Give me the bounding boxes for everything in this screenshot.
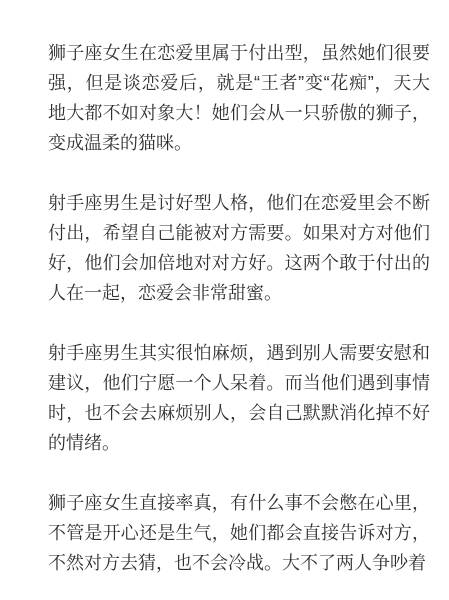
paragraph-leo-giving-type: 狮子座女生在恋爱里属于付出型，虽然她们很要强，但是谈恋爱后，就是“王者”变“花痴…	[48, 38, 430, 158]
paragraph-sagittarius-avoids-trouble: 射手座男生其实很怕麻烦，遇到别人需要安慰和建议，他们宁愿一个人呆着。而当他们遇到…	[48, 338, 430, 458]
paragraph-leo-straightforward: 狮子座女生直接率真，有什么事不会憋在心里，不管是开心还是生气，她们都会直接告诉对…	[48, 488, 430, 578]
article-body: 狮子座女生在恋爱里属于付出型，虽然她们很要强，但是谈恋爱后，就是“王者”变“花痴…	[0, 0, 449, 600]
paragraph-sagittarius-pleaser: 射手座男生是讨好型人格，他们在恋爱里会不断付出，希望自己能被对方需要。如果对方对…	[48, 188, 430, 308]
article-page: 狮子座女生在恋爱里属于付出型，虽然她们很要强，但是谈恋爱后，就是“王者”变“花痴…	[0, 0, 449, 600]
